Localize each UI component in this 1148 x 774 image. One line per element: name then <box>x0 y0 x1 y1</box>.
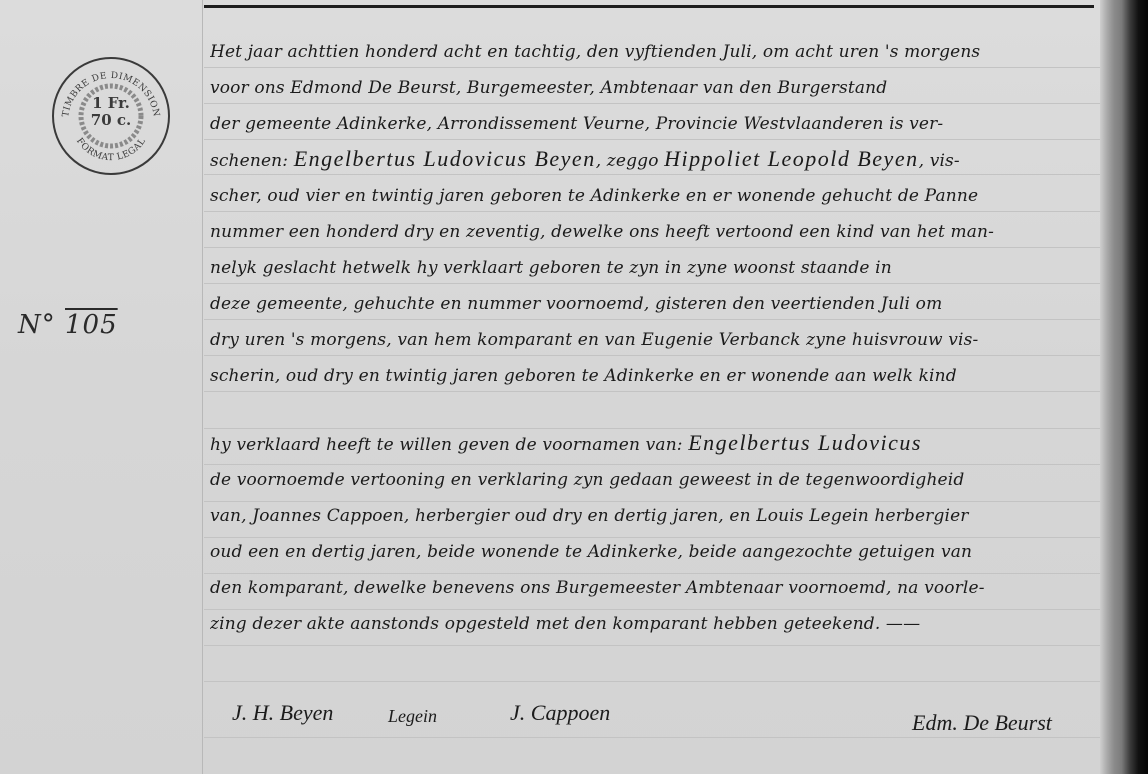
ruled-line <box>204 645 1100 646</box>
ruled-line <box>204 737 1100 738</box>
ruled-line <box>204 501 1100 502</box>
text-line-14: van, Joannes Cappoen, herbergier oud dry… <box>210 506 1090 526</box>
text-line-10: scherin, oud dry en twintig jaren gebore… <box>210 366 1090 386</box>
ruled-line <box>204 67 1100 68</box>
entry-number: N° 105 <box>18 310 118 340</box>
text-line-2: voor ons Edmond De Beurst, Burgemeester,… <box>210 78 1090 98</box>
ruled-line <box>204 283 1100 284</box>
text-line-3: der gemeente Adinkerke, Arrondissement V… <box>210 114 1090 134</box>
signature-witness-legein: Legein <box>388 706 437 727</box>
ruled-line <box>204 355 1100 356</box>
ruled-line <box>204 319 1100 320</box>
ruled-line <box>204 174 1100 175</box>
ruled-line <box>204 211 1100 212</box>
text-line-4: schenen: Engelbertus Ludovicus Beyen, ze… <box>210 146 1090 172</box>
text-line-6: nummer een honderd dry en zeventig, dewe… <box>210 222 1090 242</box>
text-line-8: deze gemeente, gehuchte en nummer voorno… <box>210 294 1090 314</box>
text-line-1: Het jaar achttien honderd acht en tachti… <box>210 42 1090 62</box>
ruled-line <box>204 391 1100 392</box>
tax-stamp: TIMBRE DE DIMENSION FORMAT LEGAL 1 Fr. 7… <box>52 57 170 175</box>
entry-number-value: 105 <box>65 310 118 340</box>
book-binding-edge <box>1100 0 1148 774</box>
text-line-7: nelyk geslacht hetwelk hy verklaart gebo… <box>210 258 1090 278</box>
ruled-line <box>204 428 1100 429</box>
ruled-line <box>204 103 1100 104</box>
text-line-15: oud een en dertig jaren, beide wonende t… <box>210 542 1090 562</box>
signature-witness-cappoen: J. Cappoen <box>510 700 610 726</box>
entry-number-prefix: N° <box>18 310 56 340</box>
ruled-line <box>204 247 1100 248</box>
stamp-value-francs: 1 Fr. <box>54 95 168 112</box>
ruled-line <box>204 609 1100 610</box>
ruled-line <box>204 464 1100 465</box>
text-line-5: scher, oud vier en twintig jaren geboren… <box>210 186 1090 206</box>
text-line-12: hy verklaard heeft te willen geven de vo… <box>210 430 1090 456</box>
text-line-17: zing dezer akte aanstonds opgesteld met … <box>210 614 1090 634</box>
child-given-names: Engelbertus Ludovicus <box>688 430 922 455</box>
ruled-line <box>204 573 1100 574</box>
top-rule <box>204 5 1094 8</box>
line4-prefix: schenen: <box>210 151 294 171</box>
line4-middle: , zeggo <box>596 151 664 171</box>
line12-prefix: hy verklaard heeft te willen geven de vo… <box>210 435 688 455</box>
svg-text:FORMAT LEGAL: FORMAT LEGAL <box>74 136 148 163</box>
stamp-value-centimes: 70 c. <box>54 112 168 129</box>
ruled-line <box>204 537 1100 538</box>
margin-line <box>202 0 203 774</box>
text-line-16: den komparant, dewelke benevens ons Burg… <box>210 578 1090 598</box>
line4-suffix: , vis- <box>919 151 960 171</box>
register-page: TIMBRE DE DIMENSION FORMAT LEGAL 1 Fr. 7… <box>0 0 1148 774</box>
declarant-alias: Hippoliet Leopold Beyen <box>664 146 918 171</box>
ruled-line <box>204 139 1100 140</box>
text-line-9: dry uren 's morgens, van hem komparant e… <box>210 330 1090 350</box>
signature-mayor: Edm. De Beurst <box>912 710 1052 736</box>
text-line-13: de voornoemde vertooning en verklaring z… <box>210 470 1090 490</box>
signature-declarant: J. H. Beyen <box>232 700 333 726</box>
ruled-line <box>204 681 1100 682</box>
declarant-name: Engelbertus Ludovicus Beyen <box>294 146 596 171</box>
